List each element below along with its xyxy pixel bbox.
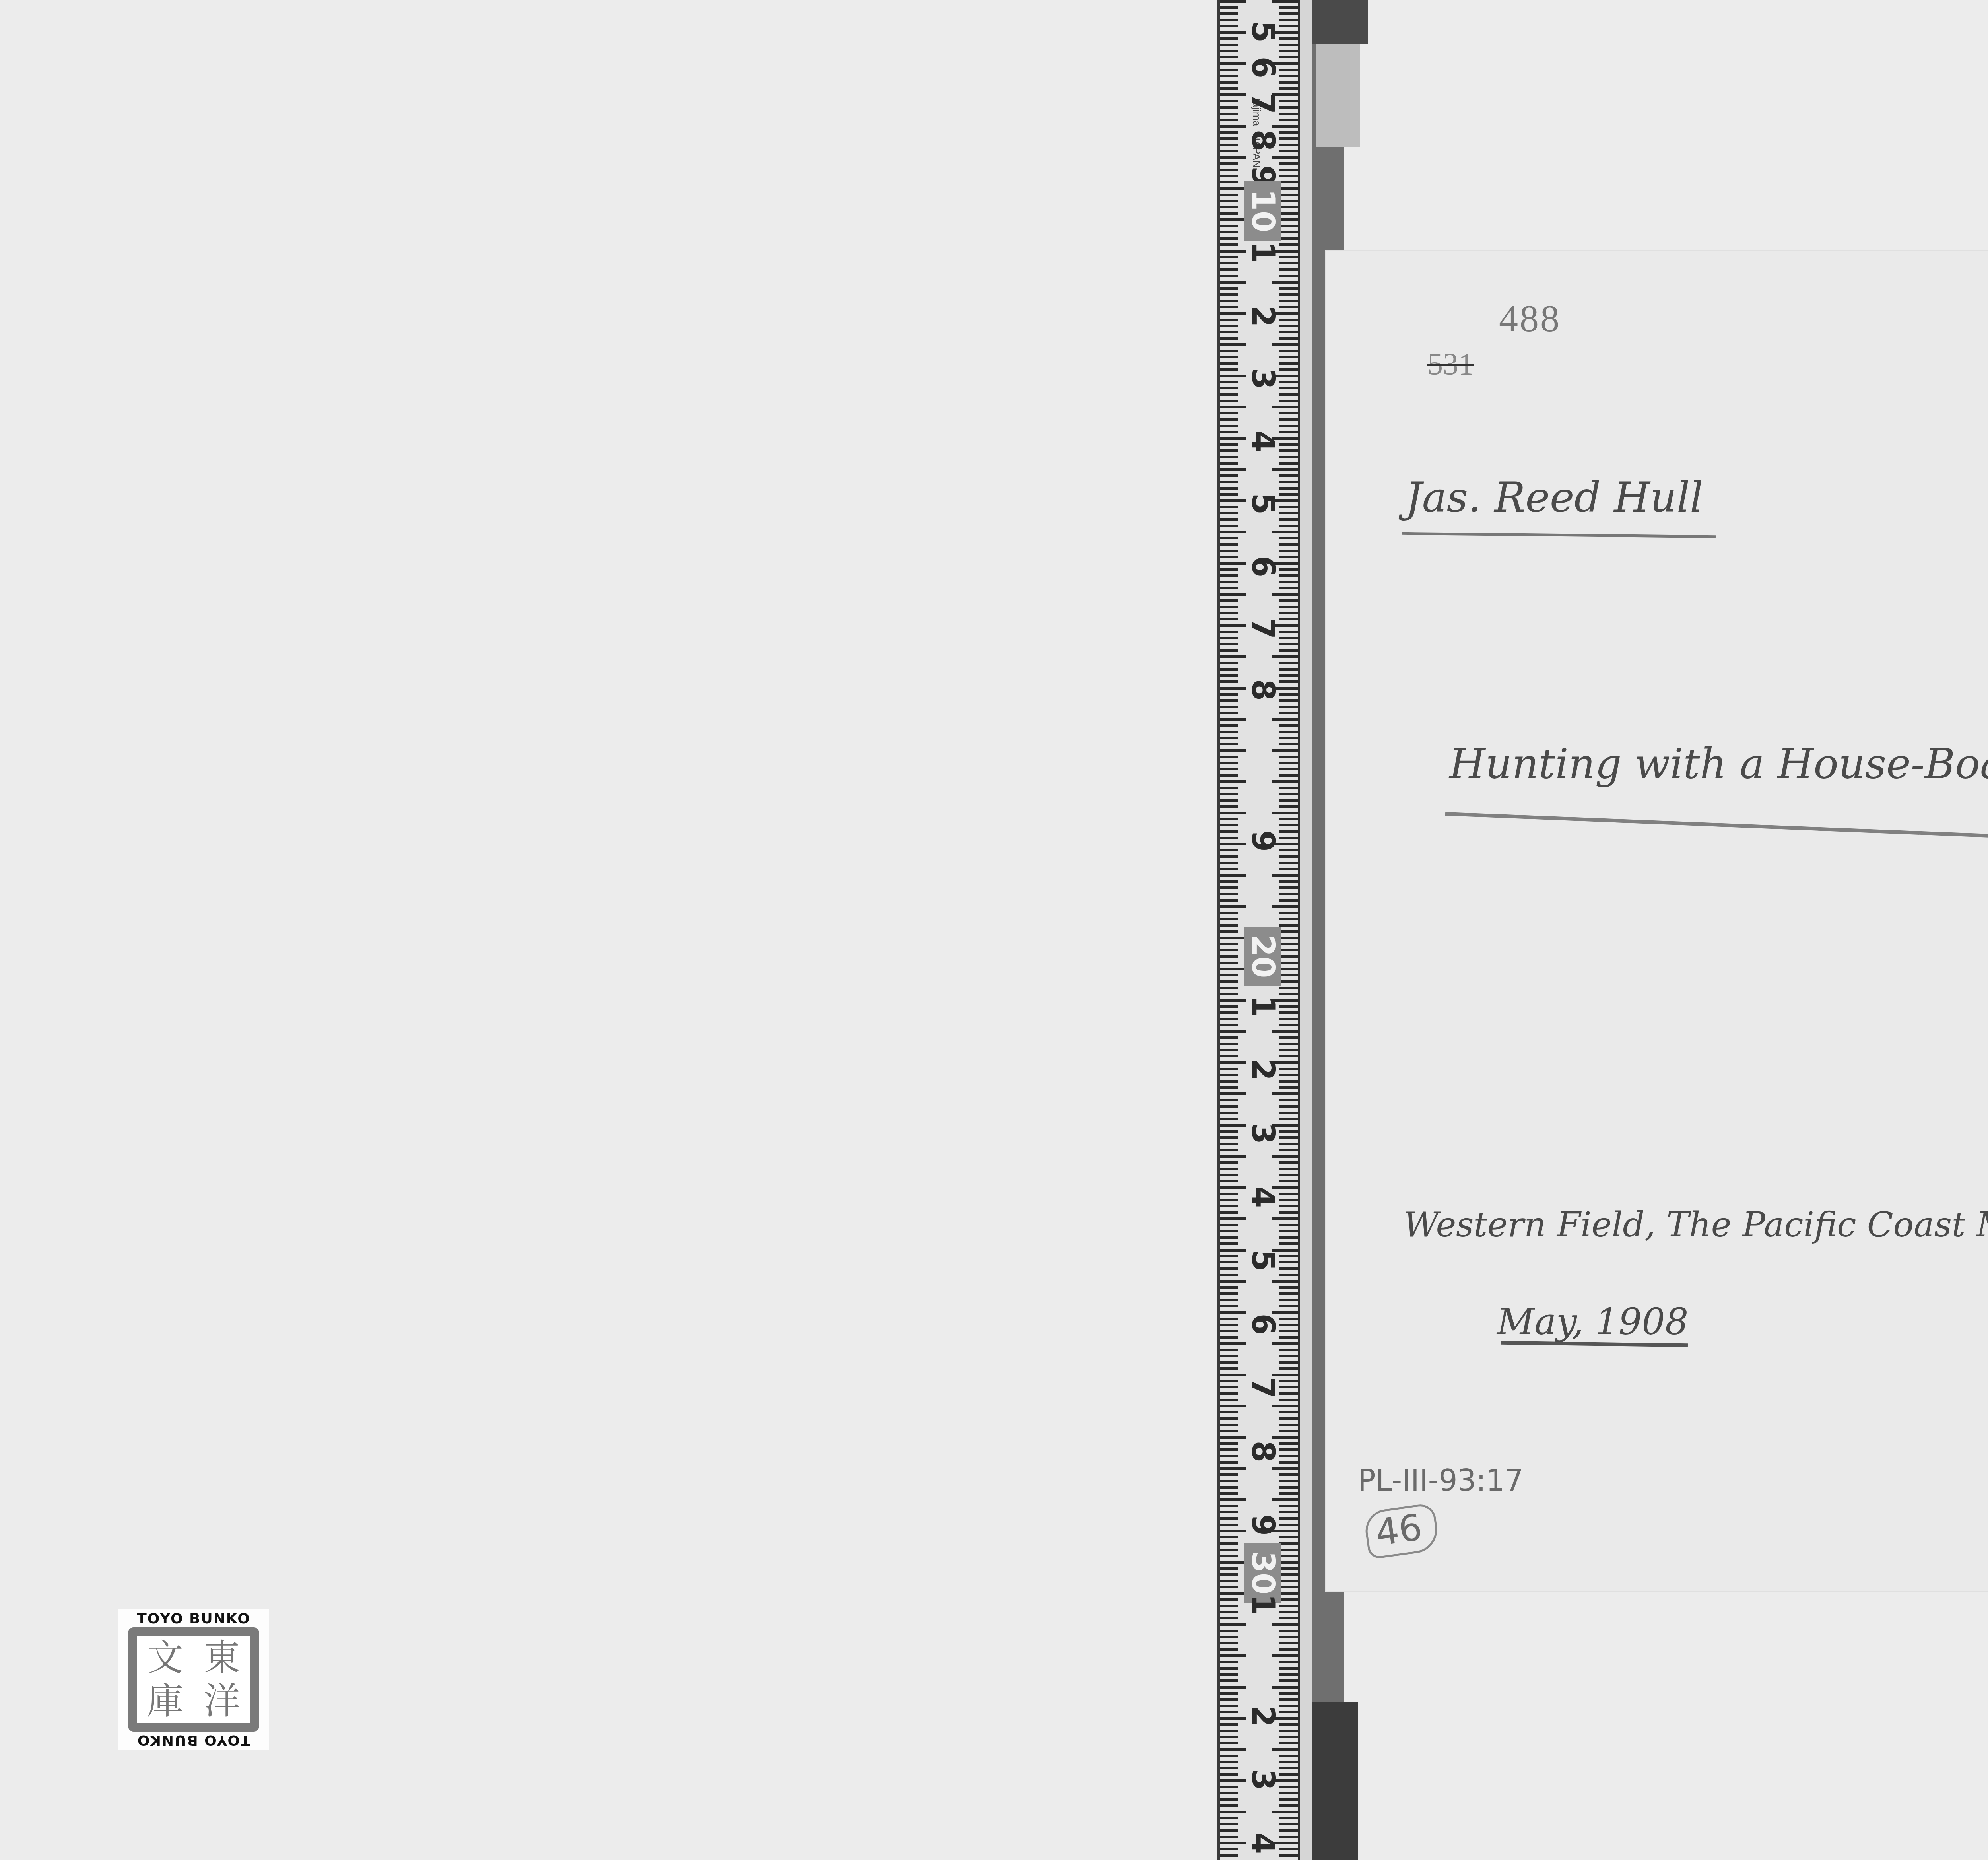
ruler-cm-label: 3 xyxy=(1249,1121,1277,1145)
publication-date: May, 1908 xyxy=(1497,1300,1688,1343)
ruler-cm-label: 3 xyxy=(1249,367,1277,391)
publication-source: Western Field, The Pacific Coast Magazin… xyxy=(1404,1205,1988,1245)
struck-catalog-number: 531 xyxy=(1427,346,1474,382)
circled-number: 46 xyxy=(1363,1502,1441,1560)
ruler-cm-label: 1 xyxy=(1249,241,1277,264)
ruler-cm-label: 6 xyxy=(1249,1312,1277,1336)
author-underline xyxy=(1402,532,1716,538)
ruler-cm-label: 7 xyxy=(1249,91,1277,115)
ruler-cm-label: 6 xyxy=(1249,56,1277,80)
call-number: PL-III-93:17 xyxy=(1358,1464,1524,1498)
ruler-cm-label: 1 xyxy=(1249,994,1277,1018)
ruler-cm-label: 5 xyxy=(1249,20,1277,44)
ruler-cm-label: 7 xyxy=(1249,1376,1277,1400)
ruler-cm-label: 2 xyxy=(1249,304,1277,328)
ruler-cm-label: 7 xyxy=(1249,616,1277,640)
ruler-cm-label: 6 xyxy=(1249,555,1277,579)
seal-char: 洋 xyxy=(204,1681,240,1721)
seal-char: 東 xyxy=(204,1638,240,1678)
ruler-cm-label: 3 xyxy=(1249,1768,1277,1792)
title-card: 488 531 Jas. Reed Hull Hunting with a Ho… xyxy=(1326,251,1988,1591)
binding-paper-top xyxy=(1316,44,1360,147)
binding-cover-top xyxy=(1312,0,1368,44)
ruler-cm-label: 5 xyxy=(1249,1249,1277,1273)
ruler-cm-label: 1 xyxy=(1249,1593,1277,1617)
title-underline xyxy=(1445,812,1988,842)
circled-number-text: 46 xyxy=(1373,1506,1425,1554)
ruler-cm-label: 2 xyxy=(1249,1058,1277,1082)
toyo-bunko-logo-bottom: TOYO BUNKO 文 東 庫 洋 TOYO BUNKO xyxy=(118,1609,269,1750)
ruler-cm-label: 4 xyxy=(1249,1831,1277,1855)
ruler-decimeter-label: 10 xyxy=(1244,181,1281,241)
logo-text-top: TOYO BUNKO xyxy=(137,1612,250,1626)
seal-char: 文 xyxy=(147,1638,183,1678)
binding-cover-bottom xyxy=(1312,1702,1358,1860)
catalog-number: 488 xyxy=(1499,296,1561,340)
ruler-cm-label: 9 xyxy=(1249,1513,1277,1537)
ruler-ticks-left-major xyxy=(1220,0,1246,1860)
seal-char: 庫 xyxy=(147,1681,183,1721)
ruler-cm-label: 5 xyxy=(1249,492,1277,516)
ruler-cm-label: 8 xyxy=(1249,678,1277,702)
ruler-decimeter-label: 20 xyxy=(1244,927,1281,986)
ruler-cm-label: 8 xyxy=(1249,1440,1277,1464)
ruler-cm-label: 4 xyxy=(1249,1185,1277,1209)
ruler-cm-label: 8 xyxy=(1249,128,1277,152)
author-name: Jas. Reed Hull xyxy=(1406,473,1703,522)
tape-measure: Tajima JAPAN 567891012345678920123456789… xyxy=(1217,0,1300,1860)
ruler-cm-label: 4 xyxy=(1249,430,1277,453)
logo-text-bottom: TOYO BUNKO xyxy=(137,1733,250,1747)
ruler-cm-label: 2 xyxy=(1249,1704,1277,1728)
work-title: Hunting with a House-Boat in China xyxy=(1449,740,1988,788)
ruler-cm-label: 9 xyxy=(1249,829,1277,853)
seal-icon: 文 東 庫 洋 xyxy=(128,1627,259,1732)
